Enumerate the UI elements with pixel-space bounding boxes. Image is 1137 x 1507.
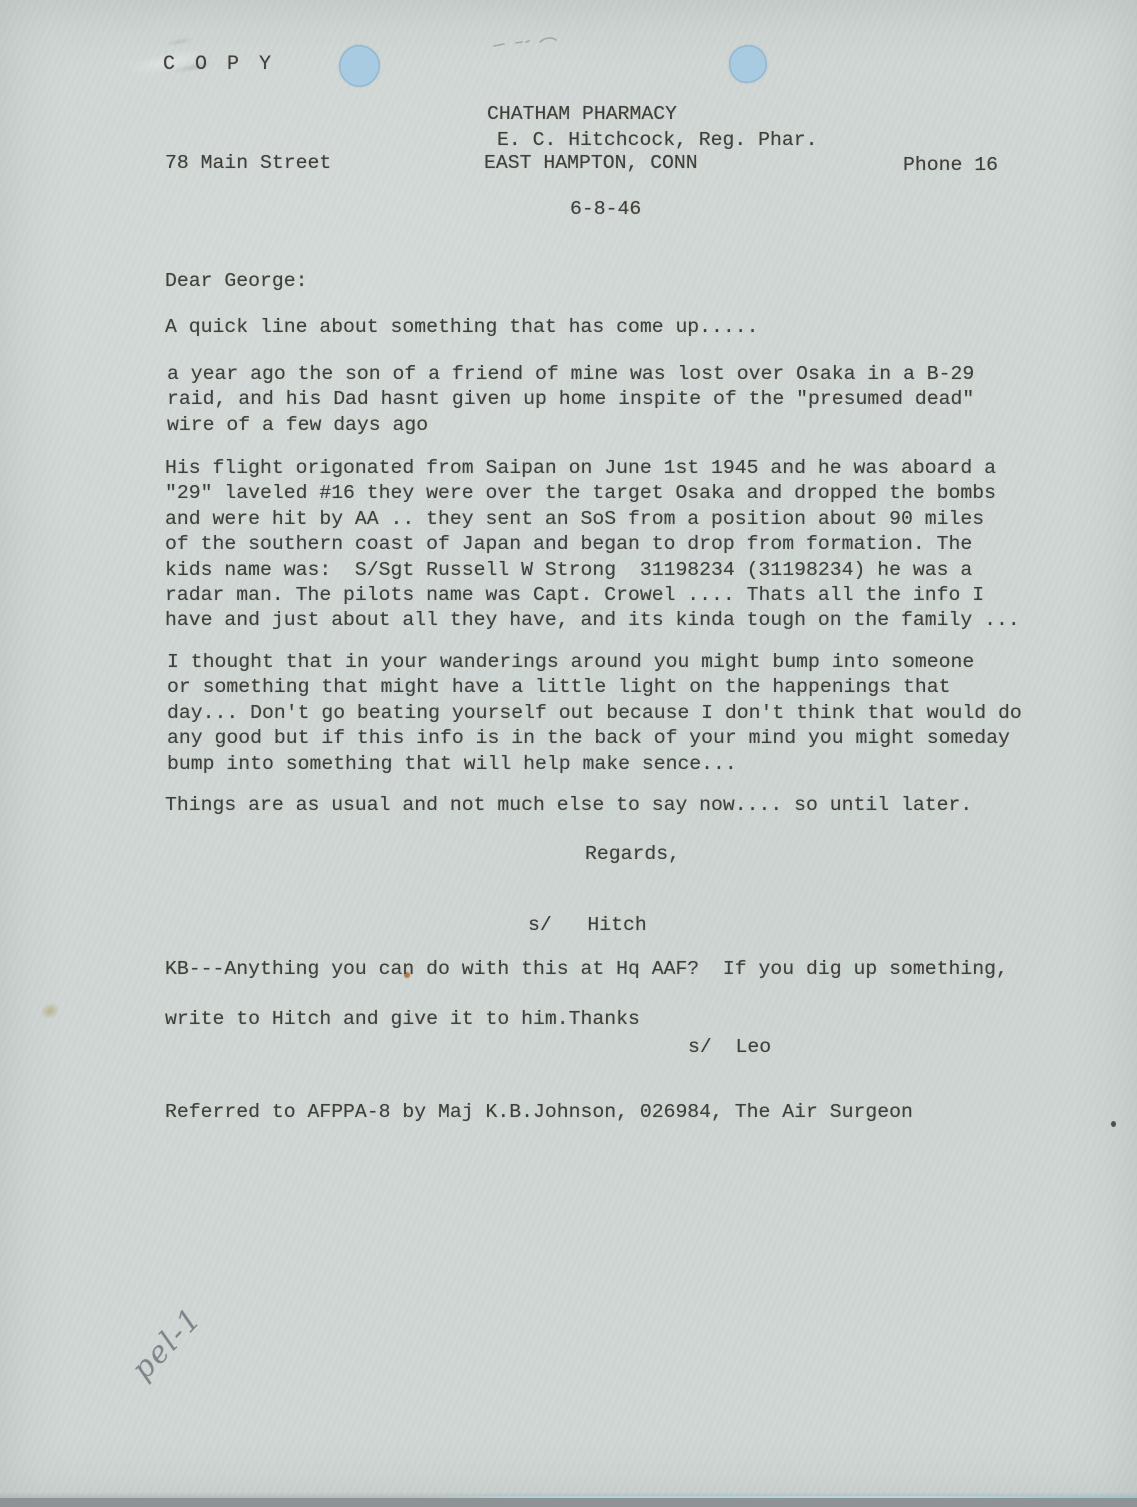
letterhead-business-name: CHATHAM PHARMACY	[487, 102, 677, 127]
letterhead-street-address: 78 Main Street	[165, 151, 331, 176]
letter-date: 6-8-46	[570, 197, 641, 222]
signature-leo: s/ Leo	[688, 1035, 771, 1060]
letterhead-phone: Phone 16	[903, 153, 998, 178]
letter-page: C O P Y CHATHAM PHARMACY E. C. Hitchcock…	[0, 0, 1137, 1507]
paper-stain	[37, 999, 62, 1023]
punch-hole-right	[729, 45, 767, 83]
signature-hitch: s/ Hitch	[528, 913, 647, 938]
letterhead-proprietor: E. C. Hitchcock, Reg. Phar.	[497, 128, 818, 153]
punch-hole-left	[336, 42, 382, 89]
copy-stamp: C O P Y	[163, 52, 275, 77]
closing: Regards,	[585, 842, 680, 867]
paragraph-2: a year ago the son of a friend of mine w…	[167, 362, 974, 438]
paragraph-1: A quick line about something that has co…	[165, 315, 759, 340]
handwritten-note: pel-1	[125, 1301, 210, 1387]
stray-dot	[1111, 1121, 1116, 1127]
postscript-line-1: KB---Anything you can do with this at Hq…	[165, 957, 1008, 982]
letterhead-city-state: EAST HAMPTON, CONN	[484, 151, 698, 176]
postscript-line-2: write to Hitch and give it to him.Thanks	[165, 1007, 640, 1032]
referral-note: Referred to AFPPA-8 by Maj K.B.Johnson, …	[165, 1100, 913, 1125]
paragraph-3: His flight origonated from Saipan on Jun…	[165, 456, 1020, 634]
pencil-marks	[492, 34, 570, 52]
paragraph-5: Things are as usual and not much else to…	[165, 793, 972, 818]
salutation: Dear George:	[165, 269, 307, 294]
paragraph-4: I thought that in your wanderings around…	[167, 650, 1022, 777]
scan-background-band	[0, 1498, 1137, 1507]
